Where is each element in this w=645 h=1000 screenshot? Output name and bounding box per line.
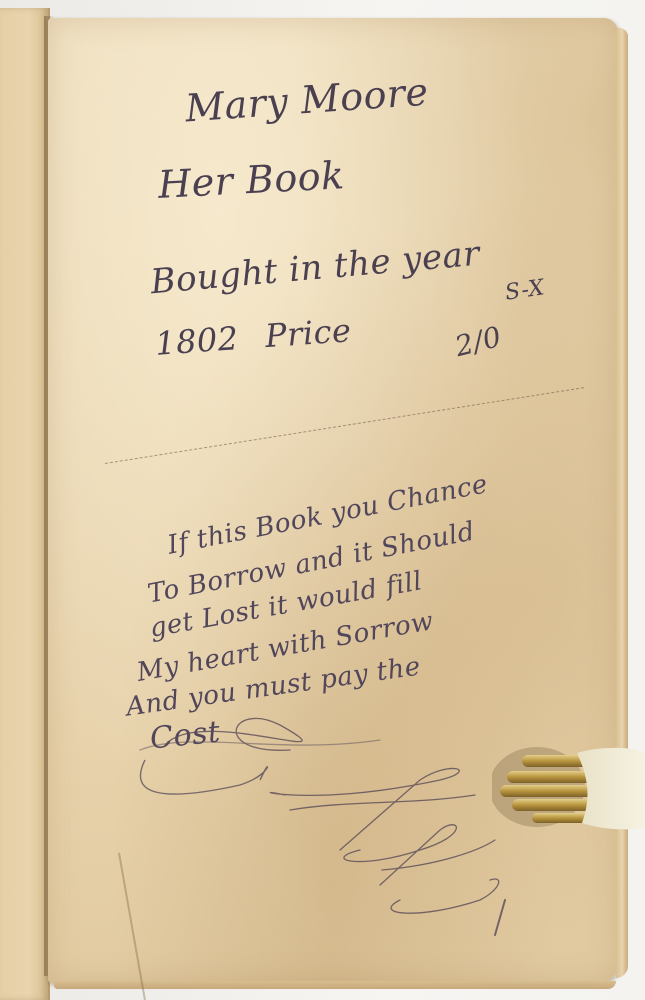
- price-label: Price: [264, 311, 353, 355]
- pen-flourish-signature: [120, 700, 540, 940]
- left-facing-leaf: [0, 8, 50, 1000]
- page-edge-bottom: [54, 981, 616, 989]
- page-edge-right: [616, 28, 628, 978]
- purchase-year: 1802: [154, 319, 240, 363]
- brass-page-clip-icon: [492, 735, 645, 835]
